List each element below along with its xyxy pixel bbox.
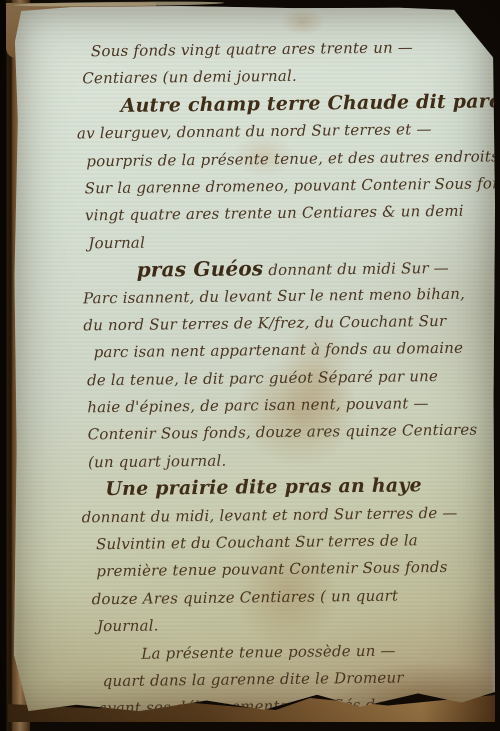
- line-text: pras Guéos: [137, 256, 264, 282]
- line-text: Centiares (un demi journal.: [82, 67, 297, 88]
- line-text: haie d'épines, de parc isan nent, pouvan…: [87, 394, 429, 416]
- text-line: La présente tenue possède un —: [141, 636, 481, 668]
- line-text: Une prairie dite pras an haye: [105, 475, 422, 501]
- text-line-heading: Autre champ terre Chaude dit parc: [120, 88, 474, 120]
- line-text: Journal.: [97, 617, 159, 636]
- line-text: douze Ares quinze Centiares ( un quart: [92, 586, 399, 608]
- line-text: Sur la garenne dromeneo, pouvant Conteni…: [85, 174, 500, 197]
- text-line: av leurguev, donnant du nord Sur terres …: [77, 116, 475, 148]
- line-text: Parc isannent, du levant Sur le nent men…: [83, 284, 465, 307]
- manuscript-photo: Sous fonds vingt quatre ares trente un —…: [0, 0, 500, 731]
- line-text: Journal: [88, 233, 145, 252]
- text-line-heading: pras Guéos donnant du midi Sur —: [137, 253, 477, 285]
- text-line: Contenir Sous fonds, douze ares quinze C…: [88, 417, 479, 449]
- line-text: av leurguev, donnant du nord Sur terres …: [77, 120, 432, 142]
- line-text: vingt quatre ares trente un Centiares & …: [85, 202, 464, 225]
- line-text: Sulvintin et du Couchant Sur terres de l…: [96, 531, 418, 553]
- line-text: La présente tenue possède un —: [141, 641, 396, 662]
- line-text: parc isan nent appartenant à fonds au do…: [94, 339, 464, 362]
- text-line: vingt quatre ares trente un Centiares & …: [85, 198, 476, 230]
- line-text: quart dans la garenne dite le Dromeur: [103, 668, 404, 690]
- text-line: première tenue pouvant Contenir Sous fon…: [96, 554, 480, 586]
- manuscript-page: Sous fonds vingt quatre ares trente un —…: [14, 6, 495, 719]
- line-text: pourpris de la présente tenue, et des au…: [86, 147, 499, 170]
- line-text: donnant du midi Sur —: [263, 259, 449, 279]
- line-text: Autre champ terre Chaude dit parc: [121, 90, 500, 117]
- line-text: Contenir Sous fonds, douze ares quinze C…: [88, 421, 478, 444]
- line-text: de la tenue, le dit parc guéot Séparé pa…: [87, 367, 438, 389]
- text-line: donnant du midi, levant et nord Sur terr…: [82, 499, 480, 531]
- handwritten-text: Sous fonds vingt quatre ares trente un —…: [76, 34, 482, 724]
- text-line: parc isan nent appartenant à fonds au do…: [94, 335, 478, 367]
- line-text: Sous fonds vingt quatre ares trente un —: [91, 38, 413, 60]
- line-text: donnant du midi, levant et nord Sur terr…: [82, 503, 458, 526]
- line-text: (un quart journal.: [88, 452, 227, 472]
- line-text: du nord Sur terres de K/frez, du Couchan…: [83, 312, 446, 334]
- line-text: première tenue pouvant Contenir Sous fon…: [96, 558, 447, 580]
